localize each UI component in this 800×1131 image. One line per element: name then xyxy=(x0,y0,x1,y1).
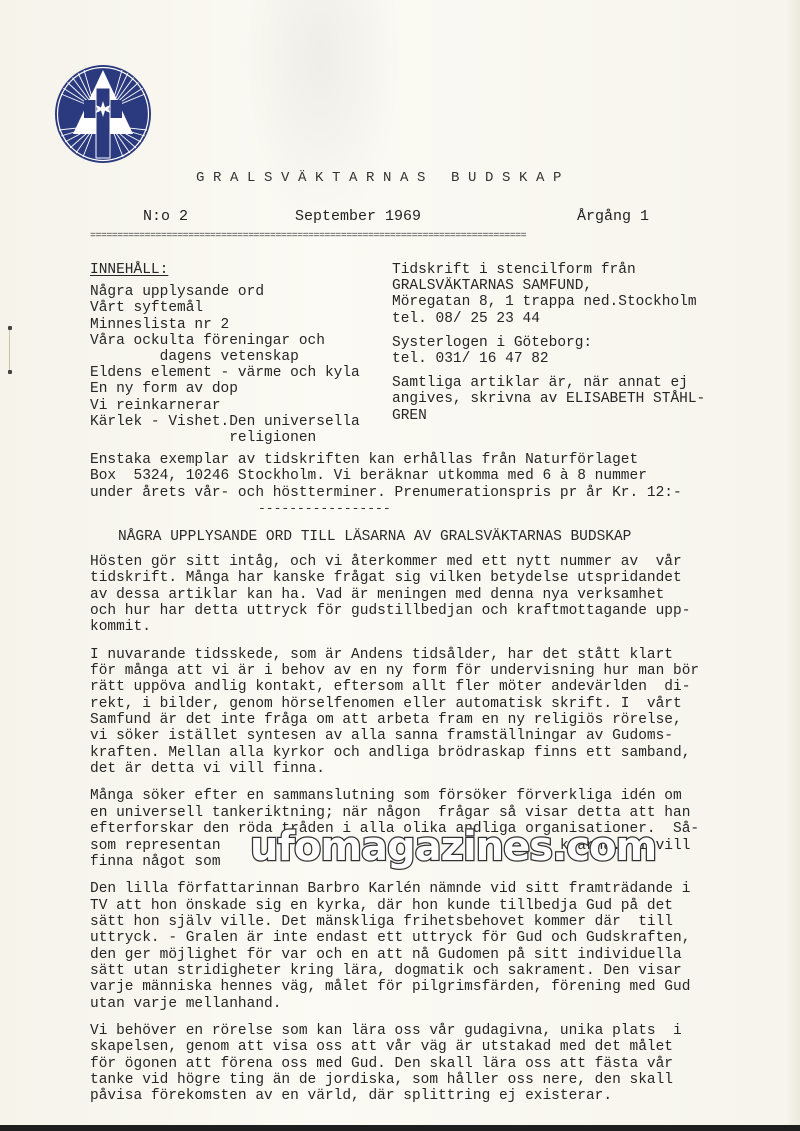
publisher-line: Möregatan 8, 1 trappa ned.Stockholm xyxy=(392,294,705,310)
branch-line: Systerlogen i Göteborg: xyxy=(392,335,705,351)
text-line: TV att hon önskade sig en kyrka, där hon… xyxy=(90,898,790,914)
text-line: utan varje mellanhand. xyxy=(90,996,790,1012)
authorship-line: Samtliga artiklar är, när annat ej xyxy=(392,375,705,391)
volume-label: Årgång 1 xyxy=(577,208,649,225)
watermark: ufomagazines.com xyxy=(250,826,656,868)
text-line: I nuvarande tidsskede, som är Andens tid… xyxy=(90,647,790,663)
document-page: GRALSVÄKTARNAS BUDSKAP N:o 2 September 1… xyxy=(0,0,800,1131)
dash-separator: ----------------- xyxy=(258,501,391,516)
text-line: tidskrift. Många har kanske frågat sig v… xyxy=(90,570,790,586)
text-line: en universell tankeriktning; när någon f… xyxy=(90,805,790,821)
branch-line: tel. 031/ 16 47 82 xyxy=(392,351,705,367)
publisher-line: tel. 08/ 25 23 44 xyxy=(392,311,705,327)
text-line: uttryck. - Gralen är inte endast ett utt… xyxy=(90,930,790,946)
text-line: sätt hon själv ville. Det mänskliga frih… xyxy=(90,914,790,930)
text-line: skapelsen, genom att visa oss att vår vä… xyxy=(90,1039,790,1055)
notice-line: Enstaka exemplar av tidskriften kan erhå… xyxy=(90,452,682,468)
text-line: rätt uppöva andlig kontakt, eftersom all… xyxy=(90,679,790,695)
contents-item: Våra ockulta föreningar och xyxy=(90,333,360,349)
text-line: för ögonen att förena oss med Gud. Den s… xyxy=(90,1056,790,1072)
subscription-notice: Enstaka exemplar av tidskriften kan erhå… xyxy=(90,452,682,501)
margin-mark xyxy=(8,370,12,374)
text-line: det är detta vi vill finna. xyxy=(90,761,790,777)
contents-item: Minneslista nr 2 xyxy=(90,317,360,333)
publisher-line: Tidskrift i stencilform från xyxy=(392,262,705,278)
paragraph: I nuvarande tidsskede, som är Andens tid… xyxy=(90,647,790,778)
paragraph: Vi behöver en rörelse som kan lära oss v… xyxy=(90,1023,790,1105)
article-title: NÅGRA UPPLYSANDE ORD TILL LÄSARNA AV GRA… xyxy=(118,529,631,545)
text-line: den ger möjlighet för var och en att nå … xyxy=(90,947,790,963)
text-line: av dessa artiklar kan ha. Vad är meninge… xyxy=(90,587,790,603)
text-line: Vi behöver en rörelse som kan lära oss v… xyxy=(90,1023,790,1039)
text-line: Den lilla författarinnan Barbro Karlén n… xyxy=(90,881,790,897)
emblem-logo-icon xyxy=(53,64,153,164)
text-line: och hur har detta uttryck för gudstillbe… xyxy=(90,603,790,619)
text-line: Hösten gör sitt intåg, och vi återkommer… xyxy=(90,554,790,570)
double-rule-divider: ========================================… xyxy=(90,231,526,242)
contents-item: dagens vetenskap xyxy=(90,349,360,365)
publisher-info: Tidskrift i stencilform från GRALSVÄKTAR… xyxy=(392,262,705,424)
masthead-title: GRALSVÄKTARNAS BUDSKAP xyxy=(196,170,570,186)
contents-item: Vi reinkarnerar xyxy=(90,398,360,414)
paragraph: Den lilla författarinnan Barbro Karlén n… xyxy=(90,881,790,1012)
text-line: kommit. xyxy=(90,619,790,635)
contents-item: religionen xyxy=(90,430,360,446)
text-line: vi söker istället syntesen av alla sanna… xyxy=(90,728,790,744)
margin-line xyxy=(9,330,10,372)
publisher-line: GRALSVÄKTARNAS SAMFUND, xyxy=(392,278,705,294)
text-line: Många söker efter en sammanslutning som … xyxy=(90,788,790,804)
text-line: sätt utan stridigheter kring lära, dogma… xyxy=(90,963,790,979)
contents-item: Eldens element - värme och kyla xyxy=(90,365,360,381)
text-line: varje människa hennes väg, målet för pil… xyxy=(90,979,790,995)
contents-item: Kärlek - Vishet.Den universella xyxy=(90,414,360,430)
text-line: Samfund är det inte fråga om att arbeta … xyxy=(90,712,790,728)
text-line: påvisa förekomsten av en värld, där spli… xyxy=(90,1088,790,1104)
issue-date: September 1969 xyxy=(295,208,421,225)
text-line: rekt, i bilder, genom hörselfenomen elle… xyxy=(90,696,790,712)
notice-line: under årets vår- och höstterminer. Prenu… xyxy=(90,485,682,501)
text-line: kraften. Mellan alla kyrkor och andliga … xyxy=(90,745,790,761)
contents-heading: INNEHÅLL: xyxy=(90,262,360,278)
contents-item: En ny form av dop xyxy=(90,381,360,397)
authorship-line: angives, skrivna av ELISABETH STÅHL- xyxy=(392,391,705,407)
notice-line: Box 5324, 10246 Stockholm. Vi beräknar u… xyxy=(90,468,682,484)
contents-item: Vårt syftemål xyxy=(90,300,360,316)
authorship-line: GREN xyxy=(392,408,705,424)
scan-bottom-edge xyxy=(0,1125,800,1131)
table-of-contents: INNEHÅLL: Några upplysande ord Vårt syft… xyxy=(90,262,360,446)
paragraph: Hösten gör sitt intåg, och vi återkommer… xyxy=(90,554,790,636)
issue-number: N:o 2 xyxy=(143,208,188,225)
text-line: tanke vid högre ting än de jordiska, som… xyxy=(90,1072,790,1088)
contents-item: Några upplysande ord xyxy=(90,284,360,300)
text-line: för många att vi är i behov av en ny for… xyxy=(90,663,790,679)
